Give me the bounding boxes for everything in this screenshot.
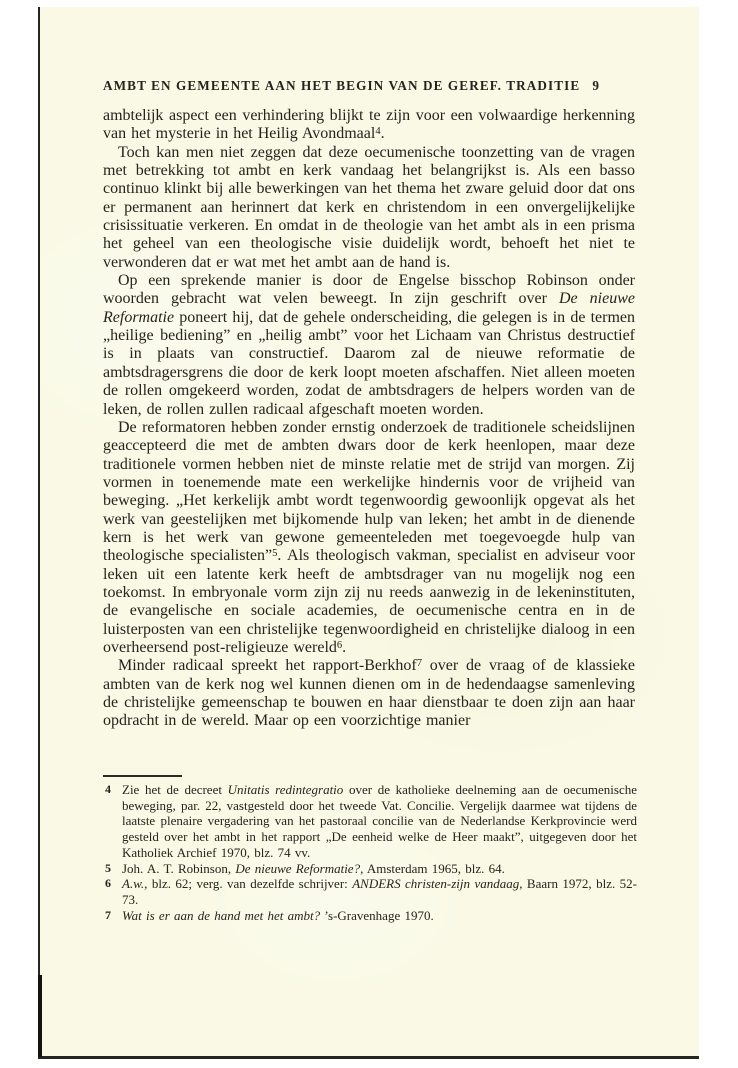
footnote-number: 5 (105, 861, 111, 877)
running-header: AMBT EN GEMEENTE AAN HET BEGIN VAN DE GE… (103, 78, 635, 94)
body-paragraph: Op een sprekende manier is door de Engel… (103, 272, 635, 419)
body-text: ambtelijk aspect een verhindering blijkt… (103, 107, 635, 731)
footnote-text: Joh. A. T. Robinson, De nieuwe Reformati… (122, 861, 505, 876)
body-paragraph: De reformatoren hebben zonder ernstig on… (103, 419, 635, 657)
scan-edge-smudge (38, 975, 42, 1057)
footnote: 7Wat is er aan de hand met het ambt? ’s-… (103, 908, 637, 924)
body-paragraph: ambtelijk aspect een verhindering blijkt… (103, 107, 635, 144)
footnote: 5Joh. A. T. Robinson, De nieuwe Reformat… (103, 861, 637, 877)
footnote-text: Wat is er aan de hand met het ambt? ’s-G… (122, 908, 434, 923)
footnote-separator-rule (103, 775, 182, 777)
footnote: 6A.w., blz. 62; verg. van dezelfde schri… (103, 876, 637, 907)
page-number: 9 (592, 78, 599, 94)
running-header-title: AMBT EN GEMEENTE AAN HET BEGIN VAN DE GE… (103, 78, 580, 93)
body-paragraph: Minder radicaal spreekt het rapport-Berk… (103, 657, 635, 730)
footnote-number: 4 (105, 782, 111, 798)
body-paragraph: Toch kan men niet zeggen dat deze oecume… (103, 144, 635, 272)
footnote-text: Zie het de decreet Unitatis redintegrati… (122, 782, 637, 860)
footnote-number: 6 (105, 876, 111, 892)
footnotes: 4Zie het de decreet Unitatis redintegrat… (103, 782, 637, 923)
footnote-number: 7 (105, 908, 111, 924)
footnote-text: A.w., blz. 62; verg. van dezelfde schrij… (122, 876, 637, 907)
footnote: 4Zie het de decreet Unitatis redintegrat… (103, 782, 637, 861)
